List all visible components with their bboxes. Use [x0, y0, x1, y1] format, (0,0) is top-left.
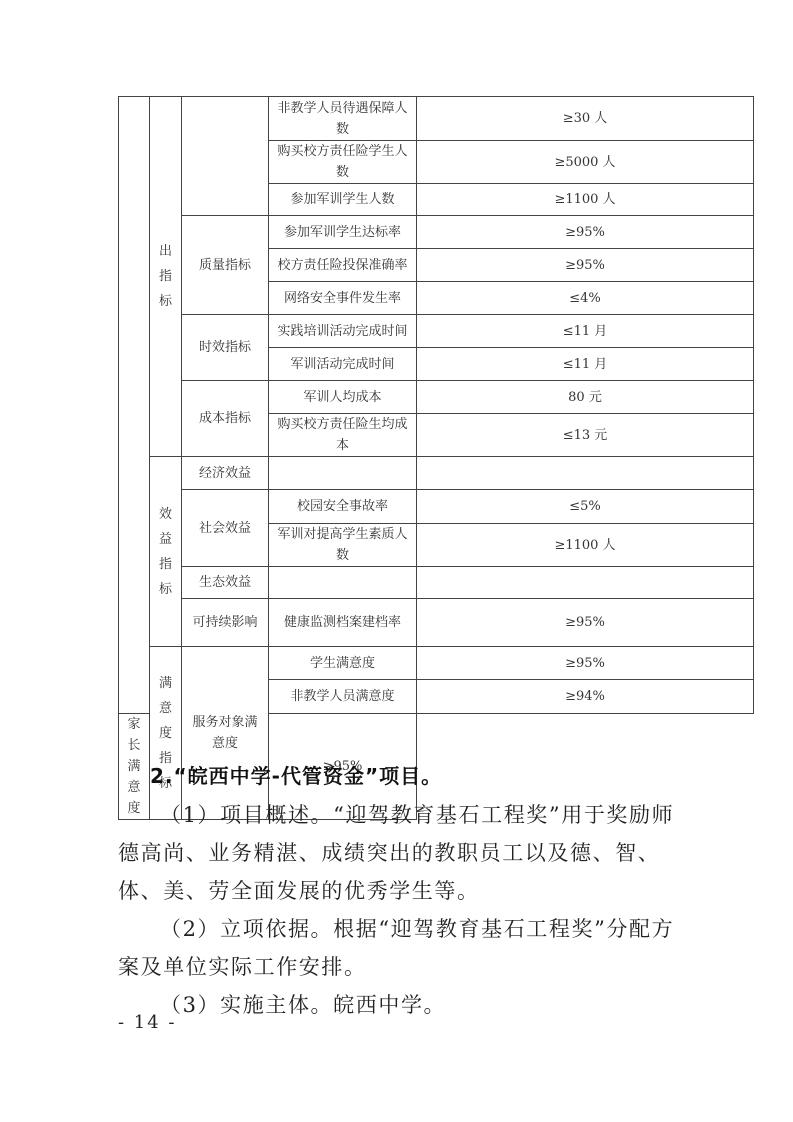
document-page: 出指标 非教学人员待遇保障人数 ≥30 人 购买校方责任险学生人数 ≥5000 …: [0, 0, 793, 1122]
indicator-target: [417, 567, 754, 599]
benefit-indicator-label: 效益指标: [150, 457, 182, 647]
table-row: 出指标 非教学人员待遇保障人数 ≥30 人: [119, 97, 754, 141]
indicator-target: ≥95%: [417, 599, 754, 647]
indicator-target: 80 元: [417, 381, 754, 414]
social-benefit-label: 社会效益: [182, 490, 269, 567]
table-row: 社会效益 校园安全事故率 ≤5%: [119, 490, 754, 524]
paragraph-overview: （1）项目概述。“迎驾教育基石工程奖”用于奖励师德高尚、业务精湛、成绩突出的教职…: [118, 796, 678, 910]
indicator-target: ≤5%: [417, 490, 754, 524]
indicator-name: 军训对提高学生素质人数: [269, 524, 417, 567]
table-row: 成本指标 军训人均成本 80 元: [119, 381, 754, 414]
indicator-name: 非教学人员待遇保障人数: [269, 97, 417, 141]
indicator-target: ≥1100 人: [417, 184, 754, 216]
indicator-name: 参加军训学生达标率: [269, 216, 417, 249]
level0-cell: [119, 97, 150, 714]
indicator-target: ≤13 元: [417, 414, 754, 457]
indicator-target: [417, 457, 754, 490]
indicator-name: 健康监测档案建档率: [269, 599, 417, 647]
indicator-target: ≥95%: [417, 216, 754, 249]
indicator-target: ≤11 月: [417, 348, 754, 381]
indicator-name: [269, 567, 417, 599]
page-number: - 14 -: [118, 1012, 177, 1033]
performance-indicator-table: 出指标 非教学人员待遇保障人数 ≥30 人 购买校方责任险学生人数 ≥5000 …: [118, 96, 754, 820]
indicator-target: ≥94%: [417, 680, 754, 714]
indicator-target: ≥95%: [417, 249, 754, 282]
sustainable-impact-label: 可持续影响: [182, 599, 269, 647]
table-row: 可持续影响 健康监测档案建档率 ≥95%: [119, 599, 754, 647]
ecological-benefit-label: 生态效益: [182, 567, 269, 599]
indicator-name: 购买校方责任险生均成本: [269, 414, 417, 457]
economic-benefit-label: 经济效益: [182, 457, 269, 490]
indicator-name: 军训人均成本: [269, 381, 417, 414]
indicator-name: 购买校方责任险学生人数: [269, 141, 417, 184]
table-row: 时效指标 实践培训活动完成时间 ≤11 月: [119, 315, 754, 348]
indicator-target: ≥1100 人: [417, 524, 754, 567]
indicator-target: ≤4%: [417, 282, 754, 315]
indicator-name: 校园安全事故率: [269, 490, 417, 524]
table-row: 生态效益: [119, 567, 754, 599]
indicator-name: 校方责任险投保准确率: [269, 249, 417, 282]
indicator-name: 参加军训学生人数: [269, 184, 417, 216]
indicator-target: ≤11 月: [417, 315, 754, 348]
paragraph-implementer: （3）实施主体。皖西中学。: [118, 986, 678, 1024]
indicator-name: 非教学人员满意度: [269, 680, 417, 714]
satisfaction-indicator-label: 满意度指标: [150, 647, 182, 820]
section-heading: 2.“皖西中学-代管资金”项目。: [150, 760, 442, 789]
indicator-name: 网络安全事件发生率: [269, 282, 417, 315]
indicator-name: [269, 457, 417, 490]
quantity-indicator-cell: [182, 97, 269, 216]
output-indicator-label: 出指标: [150, 97, 182, 457]
table-row: 质量指标 参加军训学生达标率 ≥95%: [119, 216, 754, 249]
indicator-target: ≥5000 人: [417, 141, 754, 184]
indicator-target: ≥30 人: [417, 97, 754, 141]
indicator-target: ≥95%: [417, 647, 754, 680]
indicator-name: 军训活动完成时间: [269, 348, 417, 381]
indicator-name: 学生满意度: [269, 647, 417, 680]
table-row: 满意度指标 服务对象满意度 学生满意度 ≥95%: [119, 647, 754, 680]
paragraph-basis: （2）立项依据。根据“迎驾教育基石工程奖”分配方案及单位实际工作安排。: [118, 910, 678, 986]
table-row: 效益指标 经济效益: [119, 457, 754, 490]
service-satisfaction-label: 服务对象满意度: [182, 647, 269, 820]
quality-indicator-label: 质量指标: [182, 216, 269, 315]
cost-indicator-label: 成本指标: [182, 381, 269, 457]
indicator-name: 实践培训活动完成时间: [269, 315, 417, 348]
timeliness-indicator-label: 时效指标: [182, 315, 269, 381]
